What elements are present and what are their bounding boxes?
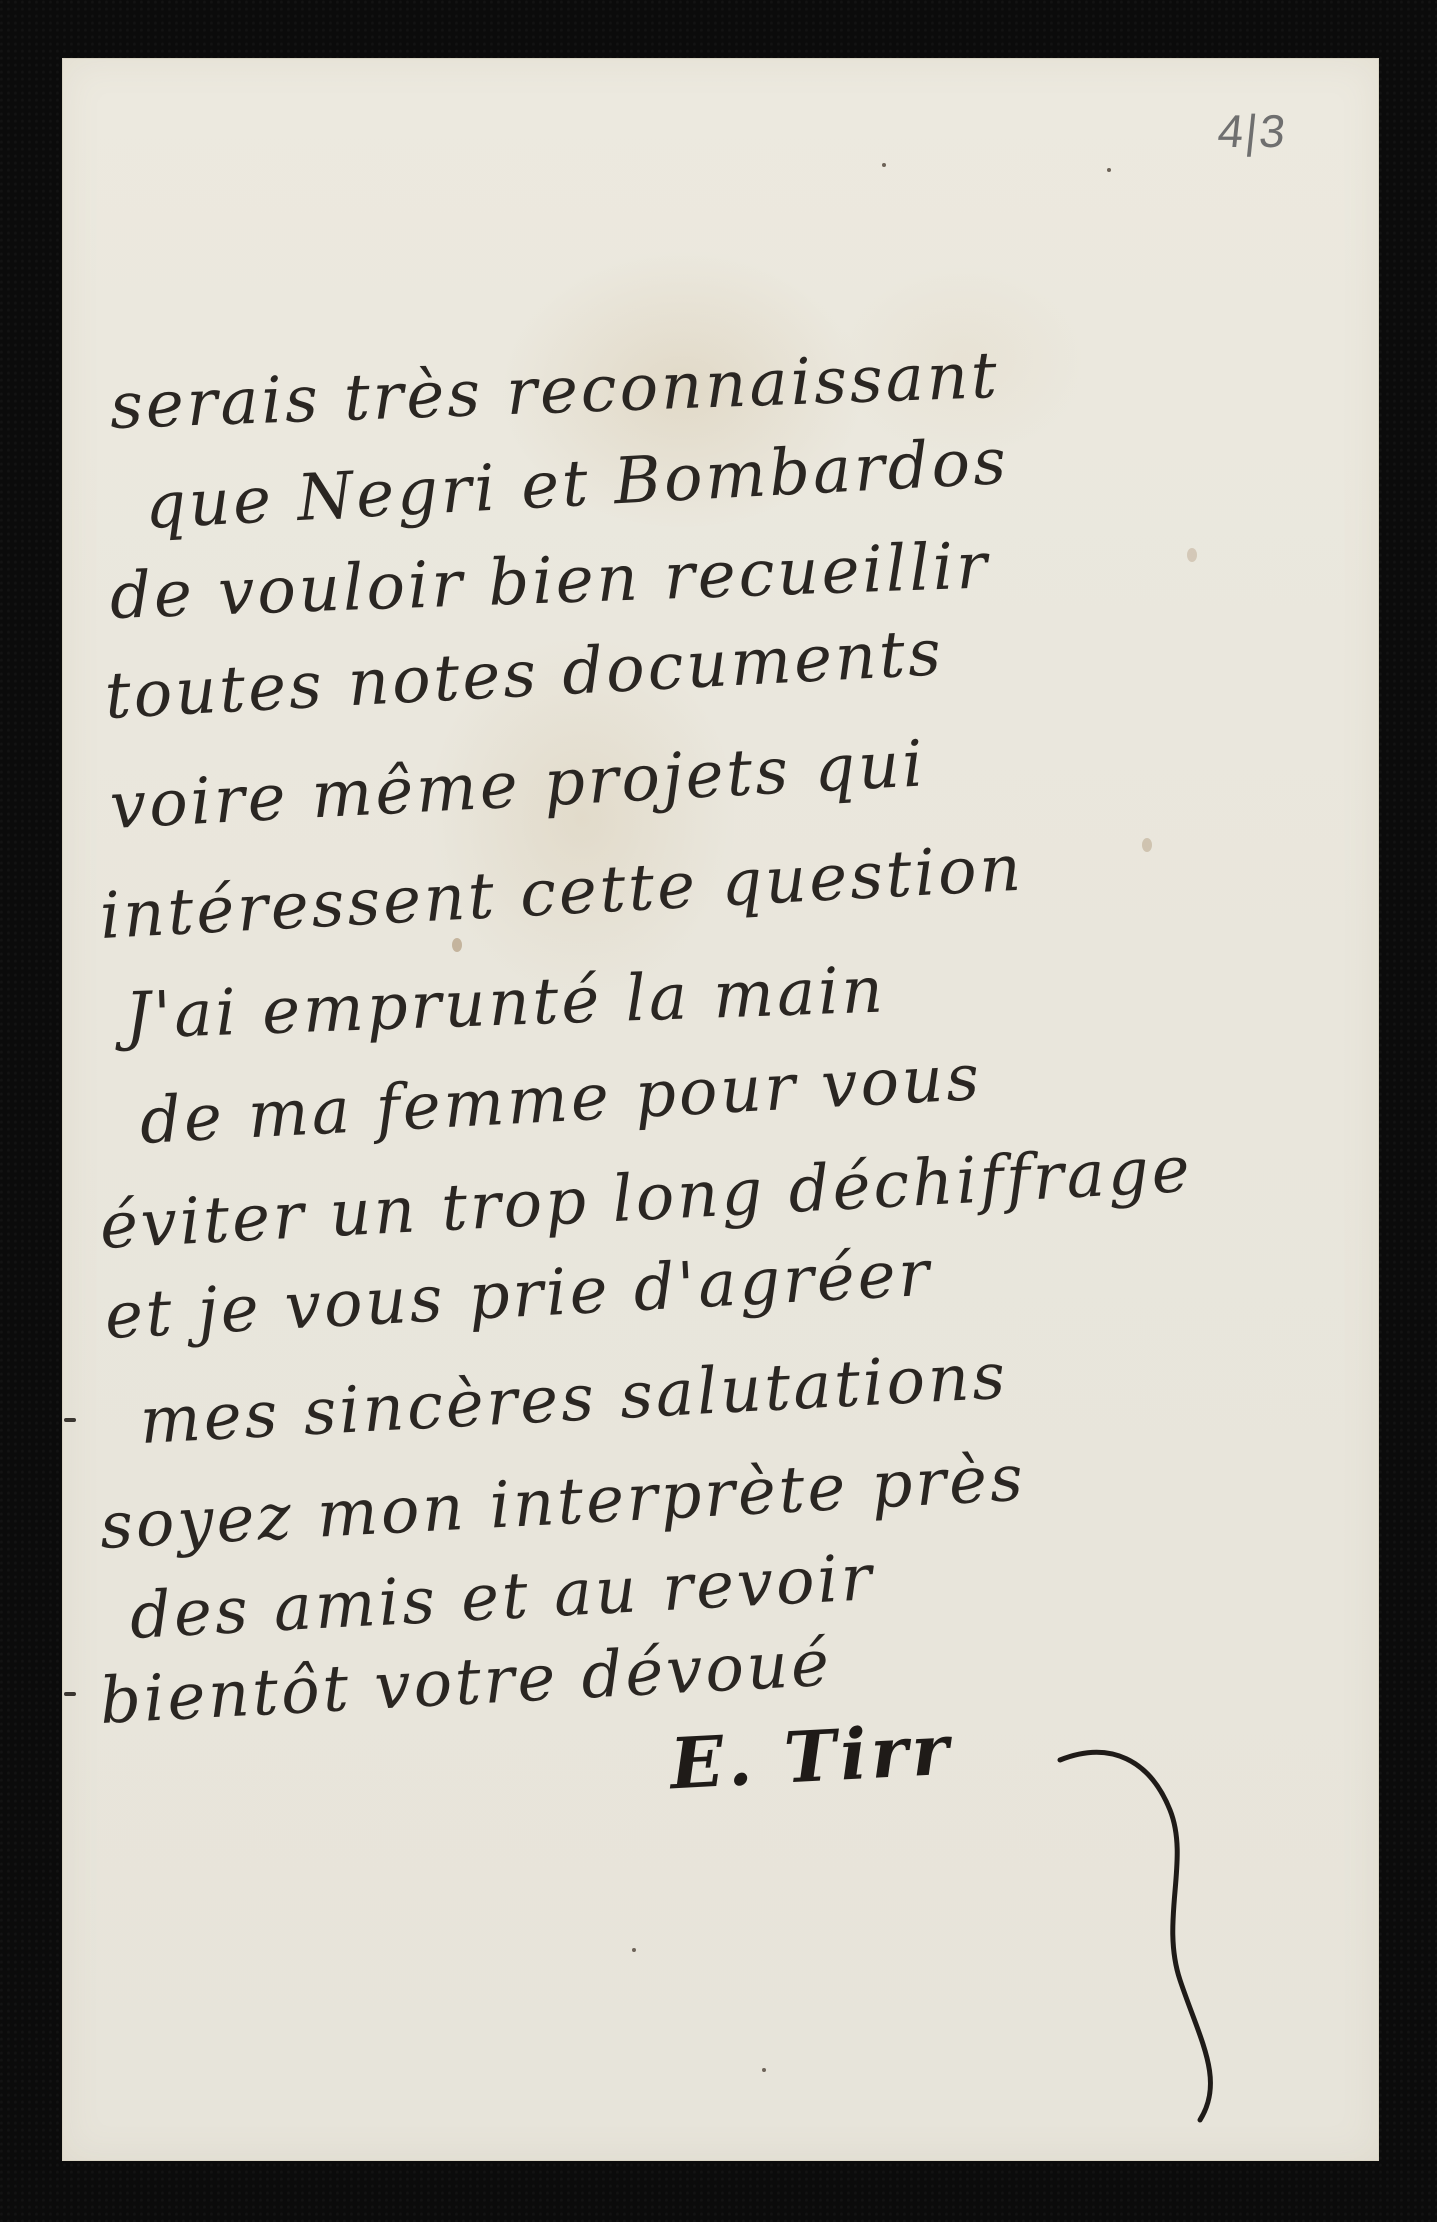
ink-stain <box>1142 838 1152 852</box>
scan-background: 4|3 serais très reconnaissant que Negri … <box>0 0 1437 2222</box>
signature: E. Tirr <box>668 1708 955 1806</box>
signature-flourish-icon <box>1040 1720 1230 2130</box>
paper-speck <box>632 1948 636 1952</box>
paper-speck <box>1107 168 1111 172</box>
folio-number: 4|3 <box>1215 104 1290 158</box>
ink-stain <box>452 938 462 952</box>
paper-speck <box>882 163 886 167</box>
margin-mark <box>64 1692 76 1696</box>
paper-speck <box>762 2068 766 2072</box>
margin-mark <box>64 1418 76 1422</box>
ink-stain <box>1187 548 1197 562</box>
